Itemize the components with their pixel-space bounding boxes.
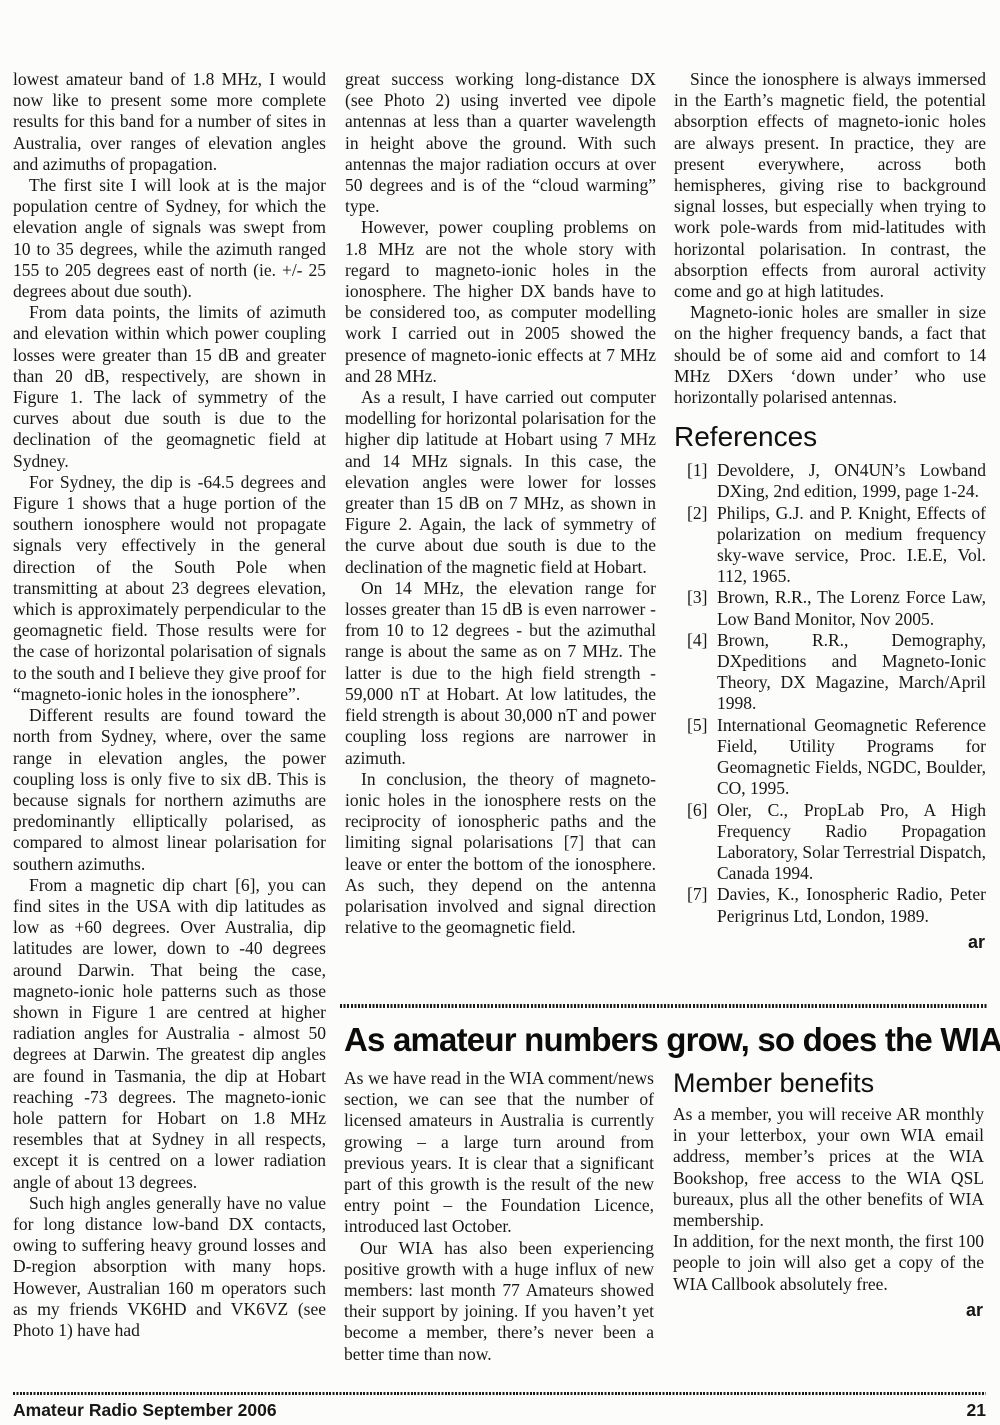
paragraph: Different results are found toward the n… — [13, 705, 326, 875]
paragraph: In addition, for the next month, the fir… — [673, 1231, 984, 1295]
wia-article-title: As amateur numbers grow, so does the WIA — [344, 1021, 988, 1059]
reference-item: [7]Davies, K., Ionospheric Radio, Peter … — [674, 884, 986, 926]
paragraph: Since the ionosphere is always immersed … — [674, 69, 986, 302]
article-column-1: lowest amateur band of 1.8 MHz, I would … — [13, 69, 326, 1341]
reference-item: [3]Brown, R.R., The Lorenz Force Law, Lo… — [674, 587, 986, 629]
footer-rule — [13, 1392, 986, 1395]
reference-number: [4] — [687, 630, 707, 651]
reference-item: [6]Oler, C., PropLab Pro, A High Frequen… — [674, 800, 986, 885]
reference-text: Davies, K., Ionospheric Radio, Peter Per… — [717, 884, 986, 925]
paragraph: Magneto-ionic holes are smaller in size … — [674, 302, 986, 408]
paragraph: As a result, I have carried out computer… — [345, 387, 656, 578]
paragraph: The first site I will look at is the maj… — [13, 175, 326, 302]
article-end-marker: ar — [673, 1300, 984, 1321]
paragraph: As a member, you will receive AR monthly… — [673, 1104, 984, 1231]
reference-number: [6] — [687, 800, 707, 821]
paragraph: On 14 MHz, the elevation range for losse… — [345, 578, 656, 769]
paragraph: great success working long-distance DX (… — [345, 69, 656, 217]
paragraph: However, power coupling problems on 1.8 … — [345, 217, 656, 387]
magazine-page: lowest amateur band of 1.8 MHz, I would … — [0, 0, 1000, 1425]
reference-number: [3] — [687, 587, 707, 608]
footer-page-number: 21 — [967, 1400, 986, 1421]
wia-intro-column: As we have read in the WIA comment/news … — [344, 1068, 654, 1365]
paragraph: Such high angles generally have no value… — [13, 1193, 326, 1341]
references-heading: References — [674, 421, 986, 453]
paragraph: From a magnetic dip chart [6], you can f… — [13, 875, 326, 1193]
paragraph: lowest amateur band of 1.8 MHz, I would … — [13, 69, 326, 175]
reference-text: Philips, G.J. and P. Knight, Effects of … — [717, 503, 986, 587]
reference-item: [1]Devoldere, J, ON4UN’s Lowband DXing, … — [674, 460, 986, 502]
reference-text: Devoldere, J, ON4UN’s Lowband DXing, 2nd… — [717, 460, 986, 501]
article-column-3: Since the ionosphere is always immersed … — [674, 69, 986, 953]
reference-number: [7] — [687, 884, 707, 905]
reference-item: [4]Brown, R.R., Demography, DXpeditions … — [674, 630, 986, 715]
wia-article-columns: As we have read in the WIA comment/news … — [344, 1068, 988, 1365]
footer-journal-title: Amateur Radio September 2006 — [13, 1400, 277, 1421]
member-benefits-heading: Member benefits — [673, 1068, 984, 1098]
section-divider-rule — [340, 1004, 988, 1008]
wia-article: As amateur numbers grow, so does the WIA… — [340, 1004, 988, 1365]
member-benefits-column: Member benefits As a member, you will re… — [673, 1068, 984, 1365]
reference-number: [5] — [687, 715, 707, 736]
reference-text: Brown, R.R., Demography, DXpeditions and… — [717, 630, 986, 714]
reference-number: [1] — [687, 460, 707, 481]
reference-number: [2] — [687, 503, 707, 524]
reference-text: Oler, C., PropLab Pro, A High Frequency … — [717, 800, 986, 884]
page-footer: Amateur Radio September 2006 21 — [13, 1392, 986, 1421]
paragraph: From data points, the limits of azimuth … — [13, 302, 326, 472]
article-end-marker: ar — [674, 932, 986, 953]
article-column-2: great success working long-distance DX (… — [345, 69, 656, 938]
paragraph: In conclusion, the theory of magneto-ion… — [345, 769, 656, 939]
paragraph: As we have read in the WIA comment/news … — [344, 1068, 654, 1238]
paragraph: For Sydney, the dip is -64.5 degrees and… — [13, 472, 326, 705]
reference-item: [5]International Geomagnetic Reference F… — [674, 715, 986, 800]
reference-text: Brown, R.R., The Lorenz Force Law, Low B… — [717, 587, 986, 628]
reference-text: International Geomagnetic Reference Fiel… — [717, 715, 986, 799]
reference-item: [2]Philips, G.J. and P. Knight, Effects … — [674, 503, 986, 588]
paragraph: Our WIA has also been experiencing posit… — [344, 1238, 654, 1365]
